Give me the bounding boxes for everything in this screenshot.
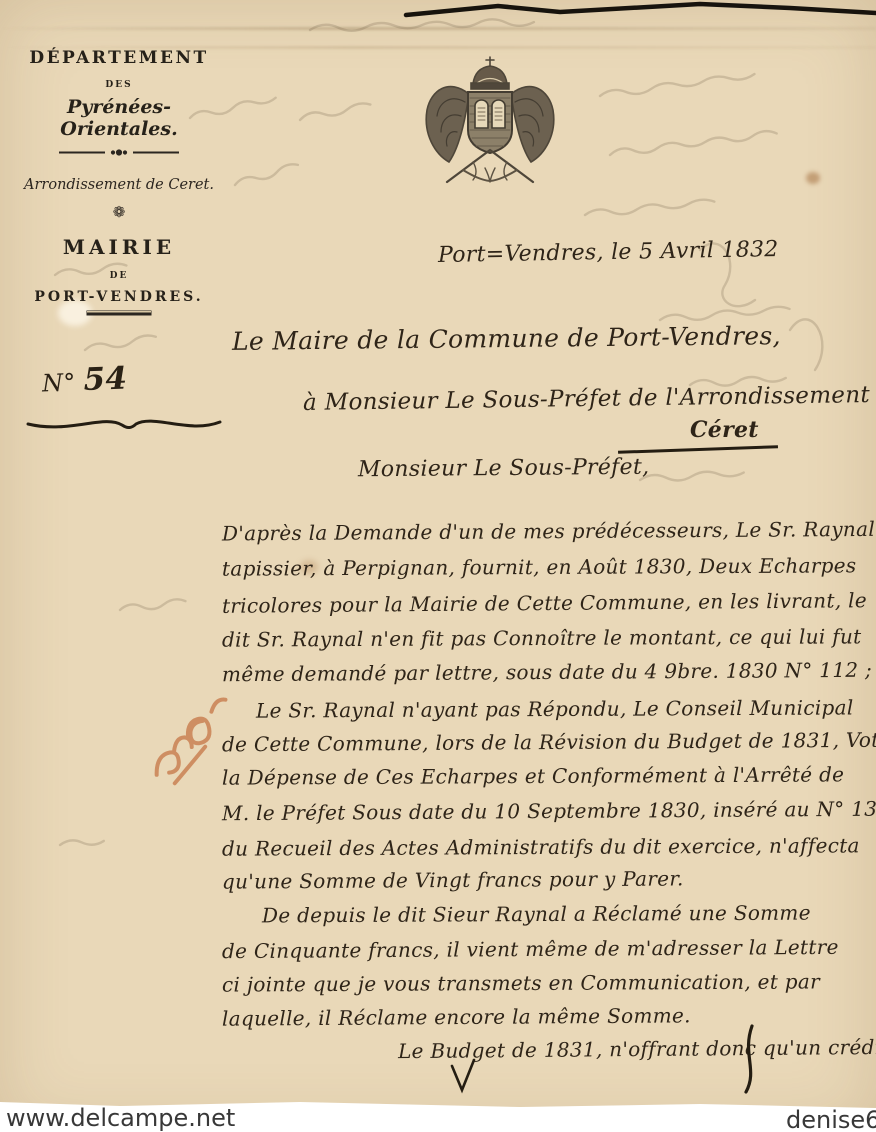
printed-letterhead: DÉPARTEMENT DES Pyrénées-Orientales. Arr…: [14, 48, 224, 315]
body-line: ci jointe que je vous transmets en Commu…: [222, 969, 820, 996]
arrondissement-label: Arrondissement de Ceret.: [14, 177, 224, 193]
document-number: N° 54: [41, 361, 128, 400]
ornamental-rule: [59, 148, 179, 157]
mairie-label: MAIRIE: [14, 235, 224, 259]
body-line: De depuis le dit Sieur Raynal a Réclamé …: [262, 901, 811, 928]
addressee-place: Céret: [690, 417, 759, 443]
scan-top-edge: [0, 0, 876, 24]
scanned-letter-page: DÉPARTEMENT DES Pyrénées-Orientales. Arr…: [0, 0, 876, 1132]
rosette-ornament-icon: ❁: [14, 203, 224, 221]
body-line: de Cinquante francs, il vient même de m'…: [222, 935, 839, 963]
department-des: DES: [14, 80, 224, 90]
ink-flourish: [448, 1058, 488, 1098]
department-name: Pyrénées-Orientales.: [14, 96, 224, 140]
body-line: M. le Préfet Sous date du 10 Septembre 1…: [222, 797, 876, 826]
watermark-delcampe: www.delcampe.net: [6, 1104, 235, 1132]
brace-flourish: [24, 412, 224, 434]
body-line: même demandé par lettre, sous date du 4 …: [222, 658, 872, 687]
body-line: du Recueil des Actes Administratifs du d…: [222, 833, 860, 860]
red-ink-offset-stamp: [132, 682, 262, 802]
department-label: DÉPARTEMENT: [14, 48, 224, 68]
body-line: tapissier, à Perpignan, fournit, en Août…: [222, 553, 857, 580]
coat-of-arms-icon: [415, 50, 565, 200]
number-value: 54: [83, 361, 128, 399]
body-line: la Dépense de Ces Echarpes et Conforméme…: [222, 762, 844, 789]
commune-name: PORT-VENDRES.: [14, 289, 224, 305]
body-line: dit Sr. Raynal n'en fit pas Connoître le…: [222, 624, 862, 651]
body-line: Le Sr. Raynal n'ayant pas Répondu, Le Co…: [256, 695, 854, 722]
body-line: qu'une Somme de Vingt francs pour y Pare…: [222, 866, 684, 893]
body-line: laquelle, il Réclame encore la même Somm…: [222, 1003, 691, 1030]
addressor-line: Le Maire de la Commune de Port-Vendres,: [232, 321, 781, 356]
mairie-de: DE: [14, 271, 224, 281]
number-label: N°: [42, 368, 77, 397]
body-line: D'après la Demande d'un de mes prédécess…: [222, 517, 876, 546]
salutation: Monsieur Le Sous-Préfet,: [358, 455, 650, 483]
watermark-denise66: denise66: [786, 1106, 876, 1132]
commune-underline: [87, 311, 151, 315]
body-line: de Cette Commune, lors de la Révision du…: [222, 728, 876, 757]
ink-flourish: [728, 1022, 788, 1102]
